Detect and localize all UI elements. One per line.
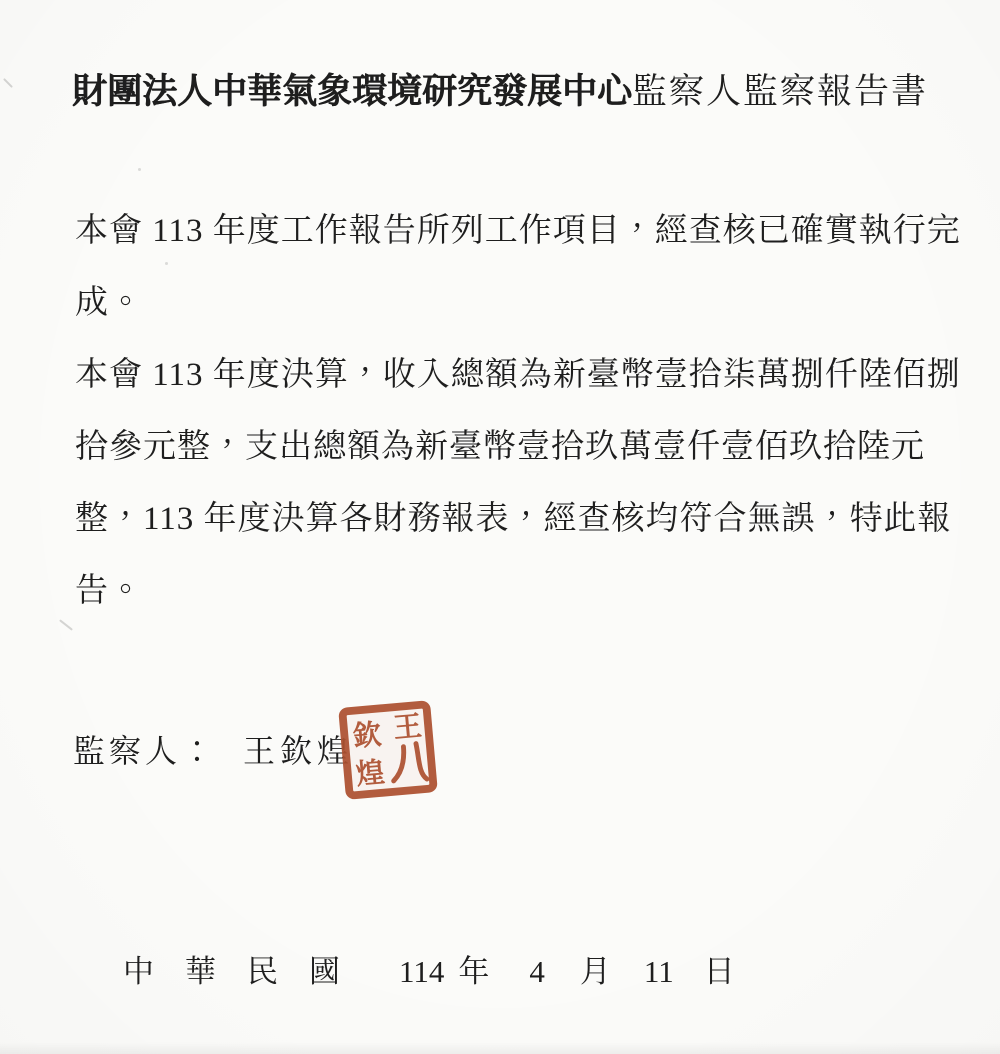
scan-speck-artifact <box>138 168 141 171</box>
seal-char-wang: 王 <box>392 710 423 744</box>
scan-speck-artifact <box>165 262 168 265</box>
org-name: 財團法人中華氣象環境研究發展中心 <box>72 72 632 111</box>
body-line-3: 本會 113 年度決算，收入總額為新臺幣壹拾柒萬捌仟陸佰捌 <box>75 339 945 411</box>
supervisor-label: 監察人： <box>73 733 217 769</box>
date-day: 11 <box>644 954 674 989</box>
report-type: 監察人監察報告書 <box>632 72 928 111</box>
date-year: 114 <box>399 954 444 989</box>
scan-scratch-artifact <box>59 619 73 630</box>
date-era: 中華民國 <box>123 954 371 989</box>
body-line-6: 告。 <box>75 555 945 627</box>
body-line-2: 成。 <box>75 267 945 339</box>
report-body: 本會 113 年度工作報告所列工作項目，經查核已確實執行完 成。 本會 113 … <box>75 195 945 627</box>
seal-char-qin: 欽 <box>352 719 384 753</box>
signature-row: 監察人： 王欽煌 <box>73 726 354 772</box>
body-line-5: 整，113 年度決算各財務報表，經查核均符合無誤，特此報 <box>75 483 945 555</box>
scanned-report-page: 財團法人中華氣象環境研究發展中心監察人監察報告書 本會 113 年度工作報告所列… <box>0 0 1000 1054</box>
date-line: 中華民國114年4月11日 <box>123 946 735 991</box>
date-day-unit: 日 <box>704 954 735 989</box>
scan-bottom-shadow <box>0 1042 1000 1054</box>
body-line-4: 拾參元整，支出總額為新臺幣壹拾玖萬壹仟壹佰玖拾陸元 <box>75 411 945 483</box>
date-month-unit: 月 <box>580 954 611 989</box>
date-year-unit: 年 <box>458 954 489 989</box>
seal-char-huang: 煌 <box>355 757 387 791</box>
date-month: 4 <box>529 954 545 989</box>
supervisor-seal-stamp: 王 欽 煌 <box>335 697 441 803</box>
report-title: 財團法人中華氣象環境研究發展中心監察人監察報告書 <box>0 64 1000 114</box>
body-line-1: 本會 113 年度工作報告所列工作項目，經查核已確實執行完 <box>75 195 945 267</box>
seal-graphic: 王 欽 煌 <box>335 697 441 803</box>
